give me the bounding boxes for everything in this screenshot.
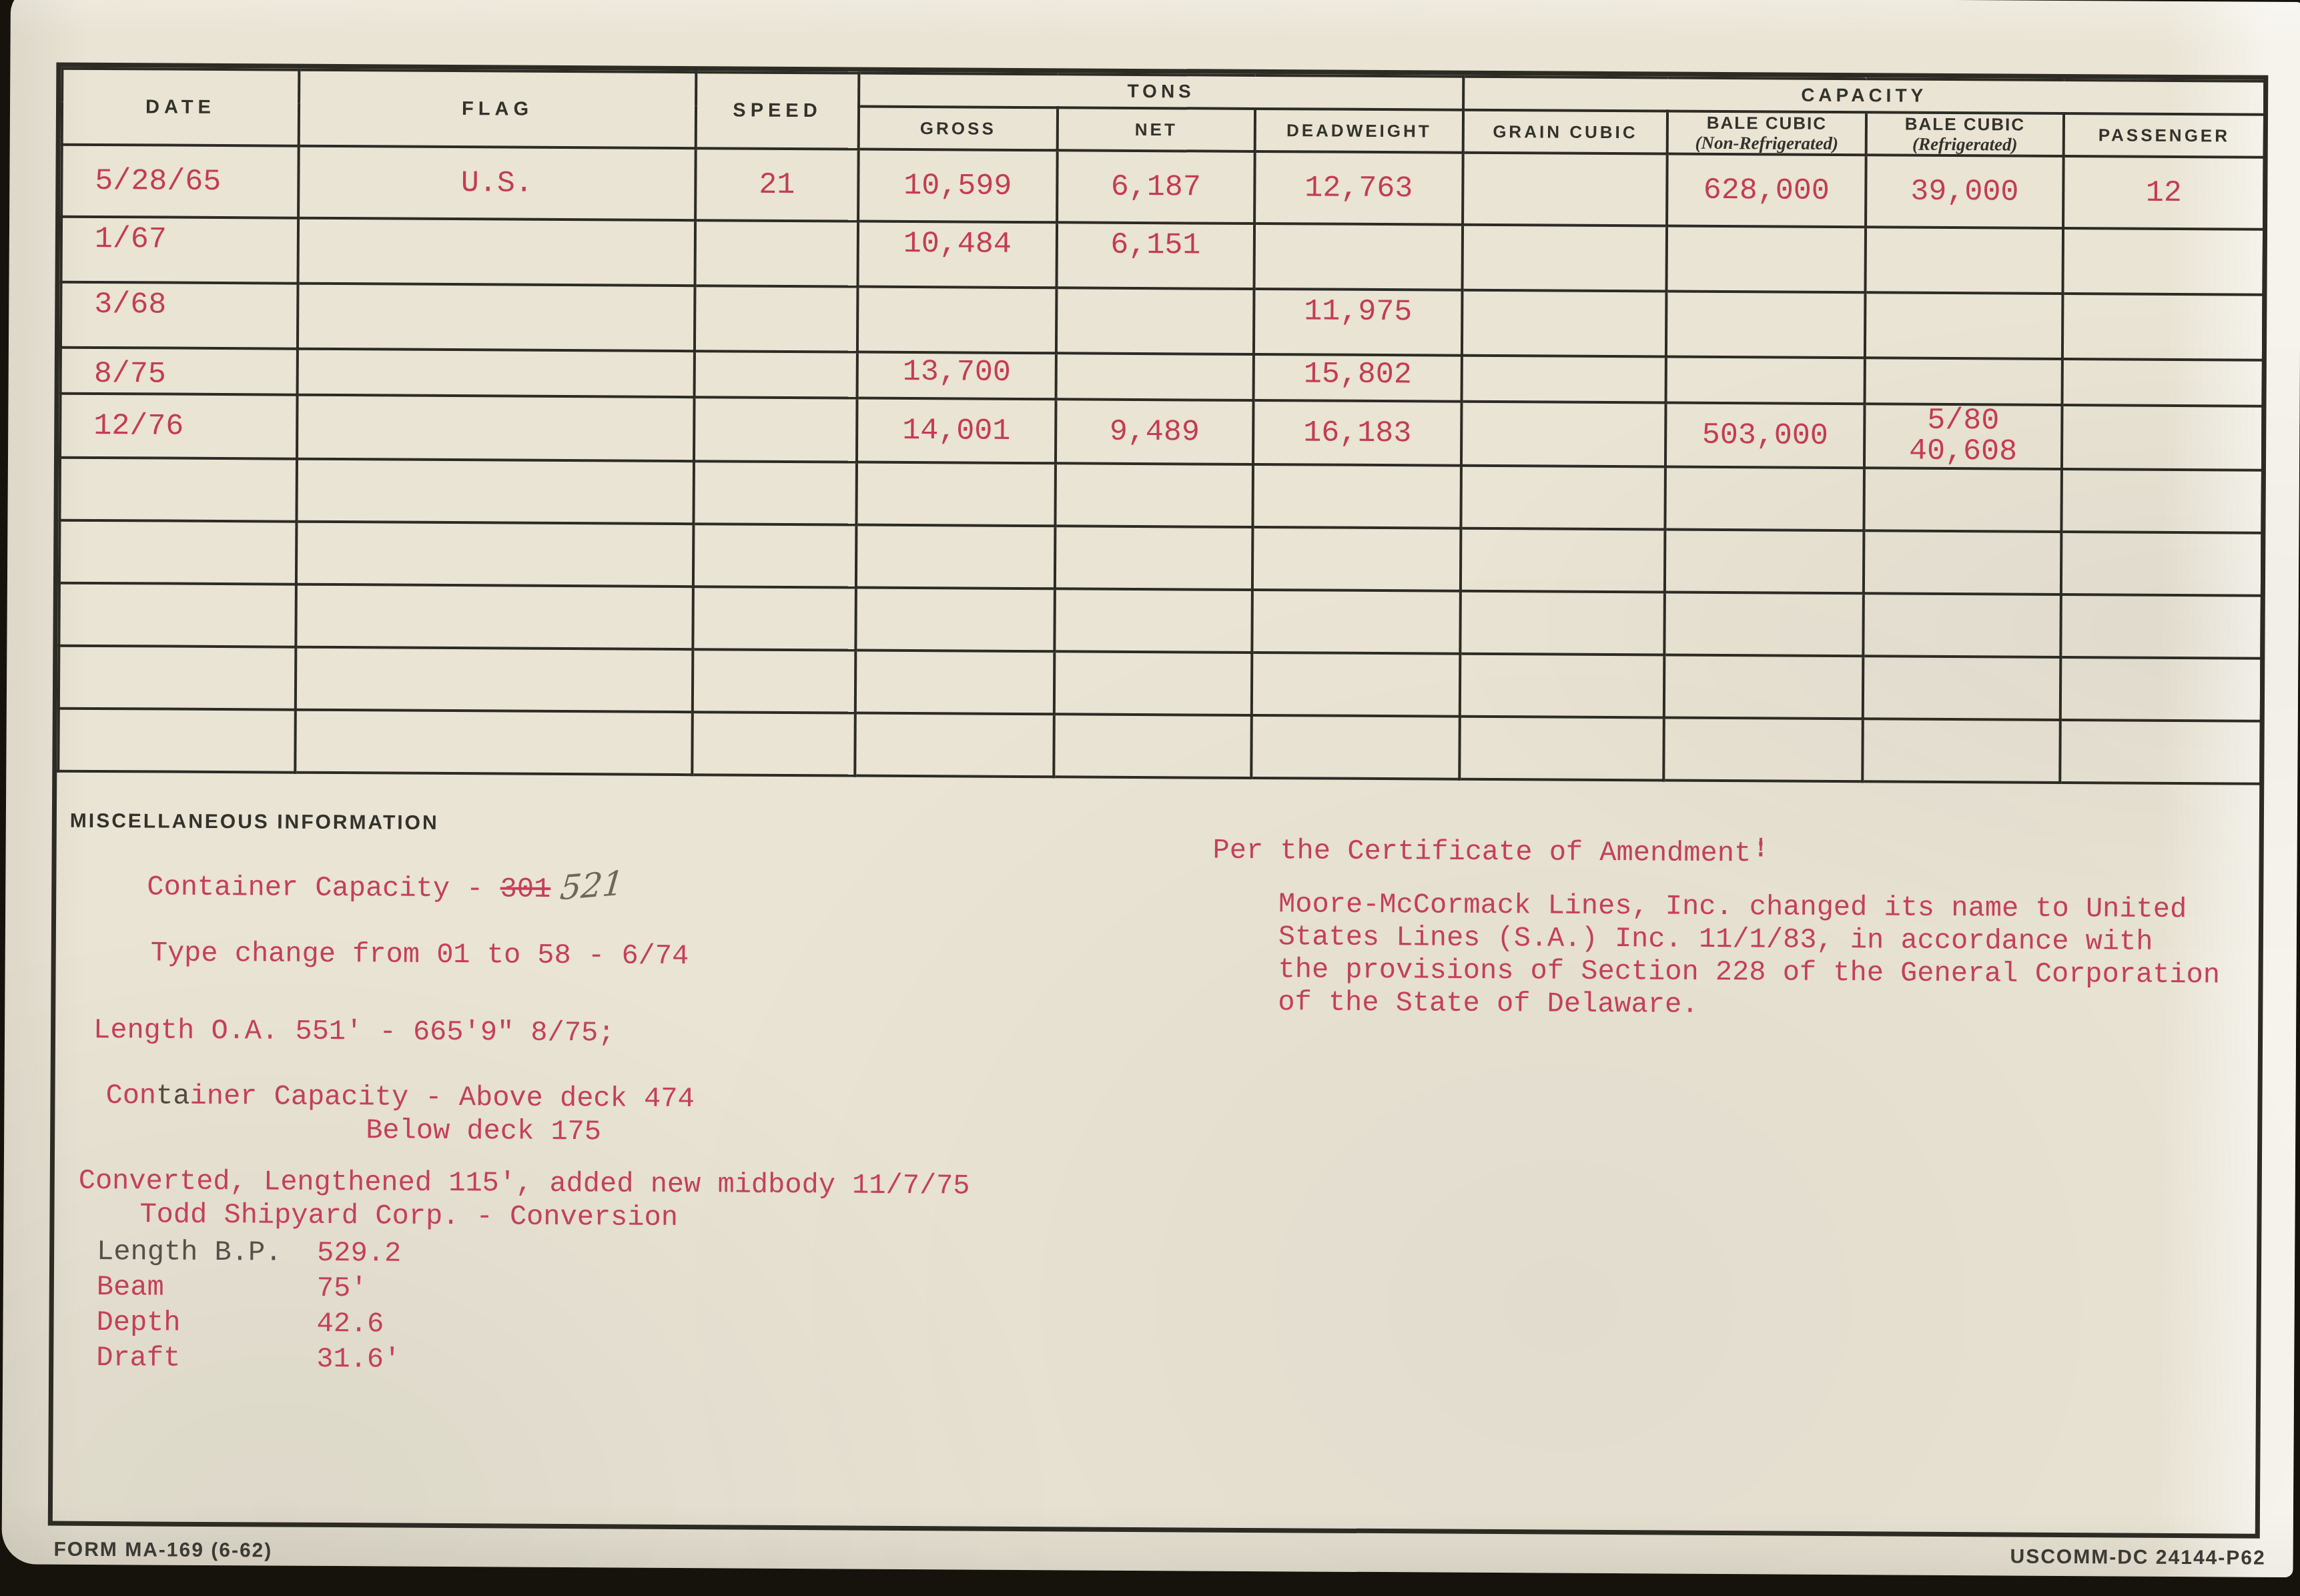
cell-date: 12/76 [60, 394, 298, 459]
cell-deadweight: 11,975 [1254, 289, 1463, 356]
cell-flag [296, 584, 693, 649]
cell-bale-cubic-nonref [1665, 530, 1864, 594]
cell-bale-cubic-nonref [1665, 467, 1864, 531]
col-header-deadweight: DEADWEIGHT [1255, 109, 1463, 153]
cell-bale-cubic-ref [1864, 468, 2062, 532]
cell-bale-cubic-nonref [1666, 357, 1865, 404]
cell-speed [695, 351, 857, 398]
cell-date [59, 458, 297, 522]
cell-speed [692, 712, 855, 775]
cell-net [1054, 714, 1252, 778]
cell-grain-cubic [1462, 290, 1667, 357]
cell-bale-cubic-ref [1863, 593, 2061, 657]
cell-net: 9,489 [1056, 399, 1254, 464]
dimension-row: Beam75' [97, 1271, 401, 1308]
cell-deadweight: 16,183 [1253, 400, 1462, 466]
cell-deadweight [1254, 224, 1463, 290]
cell-flag: U.S. [298, 146, 696, 220]
form-number: FORM MA-169 (6-62) [53, 1539, 272, 1563]
cell-passenger [2060, 720, 2261, 784]
cell-date: 5/28/65 [61, 145, 299, 218]
type-change-line: Type change from 01 to 58 - 6/74 [151, 937, 689, 972]
container-capacity-line: Container Capacity - 301521 [147, 863, 624, 905]
cell-passenger [2062, 405, 2263, 470]
cell-passenger [2060, 657, 2262, 721]
shipyard-line: Todd Shipyard Corp. - Conversion [139, 1198, 678, 1234]
cell-net [1054, 651, 1252, 715]
cell-gross: 13,700 [857, 352, 1056, 400]
dimension-row: Length B.P.529.2 [97, 1236, 401, 1273]
amendment-body-line: Moore-McCormack Lines, Inc. changed its … [1278, 888, 2221, 926]
col-header-bale-cubic-nonref: BALE CUBIC(Non-Refrigerated) [1667, 111, 1866, 155]
cell-deadweight [1252, 653, 1461, 717]
cell-speed: 21 [695, 148, 859, 221]
cell-date: 1/67 [61, 217, 299, 284]
table-row [58, 709, 2261, 784]
cell-speed [694, 397, 857, 462]
overstruck-punctuation: !: [1751, 833, 1769, 861]
cell-flag [296, 522, 694, 586]
cell-net [1056, 288, 1254, 354]
cell-gross [855, 713, 1054, 777]
length-oa-line: Length O.A. 551' - 665'9" 8/75; [93, 1014, 615, 1049]
table-row: 5/28/65U.S.2110,5996,18712,763628,00039,… [61, 145, 2265, 230]
paper-sheet: DATE FLAG SPEED TONS CAPACITY GROSS NET … [1, 0, 2300, 1577]
group-header-tons: TONS [859, 73, 1463, 110]
amendment-body-line: of the State of Delaware. [1278, 986, 2220, 1024]
col-header-net: NET [1058, 107, 1255, 151]
cell-flag [295, 710, 693, 775]
converted-line: Converted, Lengthened 115', added new mi… [79, 1165, 970, 1202]
cell-speed [693, 586, 856, 650]
cell-bale-cubic-nonref [1666, 226, 1866, 293]
cell-gross [856, 462, 1056, 526]
misc-heading: MISCELLANEOUS INFORMATION [70, 810, 439, 835]
cell-speed [695, 220, 859, 286]
amendment-body-line: States Lines (S.A.) Inc. 11/1/83, in acc… [1278, 921, 2221, 959]
col-header-passenger: PASSENGER [2064, 113, 2265, 157]
cell-net [1055, 526, 1253, 590]
cell-bale-cubic-ref: 39,000 [1866, 155, 2064, 228]
col-header-gross: GROSS [859, 107, 1058, 151]
overstruck-chars: ta [156, 1080, 190, 1112]
cell-grain-cubic [1460, 591, 1665, 655]
cell-date: 3/68 [61, 282, 298, 349]
cell-passenger [2062, 294, 2264, 360]
cell-bale-cubic-nonref: 503,000 [1665, 403, 1865, 468]
cell-passenger [2061, 532, 2263, 596]
cell-deadweight [1252, 464, 1461, 528]
cell-bale-cubic-nonref [1663, 718, 1863, 782]
cell-bale-cubic-ref [1865, 292, 2063, 359]
cell-bale-cubic-nonref [1664, 592, 1864, 657]
cell-deadweight [1252, 590, 1461, 654]
cell-flag [298, 218, 696, 286]
cell-gross: 10,599 [858, 149, 1058, 223]
cell-deadweight: 15,802 [1254, 354, 1462, 402]
cell-grain-cubic [1461, 466, 1665, 530]
cell-grain-cubic [1460, 654, 1665, 718]
cell-bale-cubic-ref [1863, 656, 2061, 720]
below-deck-line: Below deck 175 [366, 1114, 601, 1148]
cell-speed [693, 461, 857, 524]
col-header-flag: FLAG [299, 70, 697, 148]
cell-net [1054, 588, 1252, 653]
cell-gross: 10,484 [858, 222, 1058, 288]
cell-grain-cubic [1462, 356, 1666, 403]
col-header-bale-cubic-ref: BALE CUBIC(Refrigerated) [1866, 112, 2064, 156]
col-header-date: DATE [62, 69, 300, 146]
form-border-box: DATE FLAG SPEED TONS CAPACITY GROSS NET … [48, 63, 2269, 1539]
cell-net: 6,151 [1057, 222, 1255, 289]
container-capacity-deck-line: Container Capacity - Above deck 474 [105, 1080, 694, 1115]
cell-bale-cubic-ref: 5/8040,608 [1864, 404, 2062, 469]
cell-flag [298, 349, 695, 397]
cell-date [58, 709, 296, 773]
cell-net [1056, 353, 1254, 400]
cell-speed [695, 286, 858, 352]
amendment-heading: Per the Certificate of Amendment!: [1213, 830, 1770, 870]
cell-date [59, 583, 296, 647]
cell-speed [693, 649, 856, 713]
col-header-grain-cubic: GRAIN CUBIC [1463, 110, 1667, 154]
cell-gross [856, 525, 1056, 589]
cell-deadweight [1251, 715, 1460, 779]
cell-net [1055, 463, 1253, 527]
cell-flag [296, 647, 693, 712]
cell-speed [693, 524, 857, 587]
cell-bale-cubic-ref [1865, 227, 2063, 294]
cell-grain-cubic [1459, 717, 1664, 781]
handwritten-value: 521 [558, 863, 626, 907]
cell-passenger [2061, 469, 2263, 533]
dimension-list: Length B.P.529.2Beam75'Depth42.6Draft31.… [96, 1236, 401, 1379]
cell-gross [855, 651, 1055, 715]
cell-bale-cubic-nonref [1666, 292, 1866, 358]
cell-passenger [2062, 228, 2264, 295]
amendment-body-line: the provisions of Section 228 of the Gen… [1278, 953, 2220, 991]
cell-gross: 14,001 [857, 398, 1056, 464]
table-row: 1/6710,4846,151 [61, 217, 2265, 295]
amendment-body: Moore-McCormack Lines, Inc. changed its … [1278, 888, 2221, 1024]
cell-grain-cubic [1463, 153, 1667, 226]
print-code: USCOMM-DC 24144-P62 [2010, 1546, 2265, 1570]
table-row: 3/6811,975 [61, 282, 2264, 360]
cell-passenger [2062, 359, 2263, 406]
cell-date [59, 646, 296, 710]
cell-flag [296, 459, 694, 524]
cell-passenger [2060, 594, 2262, 659]
cell-flag [298, 284, 695, 351]
cell-date: 8/75 [61, 348, 298, 395]
cell-bale-cubic-ref [1865, 358, 2062, 405]
table-row: 12/7614,0019,48916,183503,0005/8040,608 [60, 394, 2263, 470]
miscellaneous-information-section: MISCELLANEOUS INFORMATION Container Capa… [53, 773, 2259, 1534]
struck-value: 301 [500, 873, 550, 905]
scanned-document-page: DATE FLAG SPEED TONS CAPACITY GROSS NET … [0, 0, 2300, 1596]
cell-deadweight: 12,763 [1254, 151, 1463, 225]
cell-gross [855, 588, 1055, 652]
cell-grain-cubic [1462, 225, 1667, 292]
cell-bale-cubic-ref [1864, 530, 2062, 594]
dimension-row: Depth42.6 [96, 1306, 400, 1344]
cell-gross [857, 287, 1057, 354]
cell-flag [297, 395, 695, 461]
cell-deadweight [1252, 527, 1461, 591]
cell-bale-cubic-ref [1862, 719, 2060, 783]
cell-passenger: 12 [2063, 156, 2265, 230]
cell-bale-cubic-nonref [1664, 655, 1864, 719]
dimension-row: Draft31.6' [96, 1342, 400, 1379]
group-header-capacity: CAPACITY [1463, 77, 2265, 115]
cell-net: 6,187 [1057, 150, 1255, 224]
cell-date [59, 520, 297, 584]
cell-bale-cubic-nonref: 628,000 [1667, 154, 1866, 228]
vessel-record-table: DATE FLAG SPEED TONS CAPACITY GROSS NET … [57, 67, 2266, 785]
col-header-speed: SPEED [696, 72, 859, 149]
cell-grain-cubic [1461, 402, 1666, 467]
cell-grain-cubic [1461, 528, 1665, 592]
